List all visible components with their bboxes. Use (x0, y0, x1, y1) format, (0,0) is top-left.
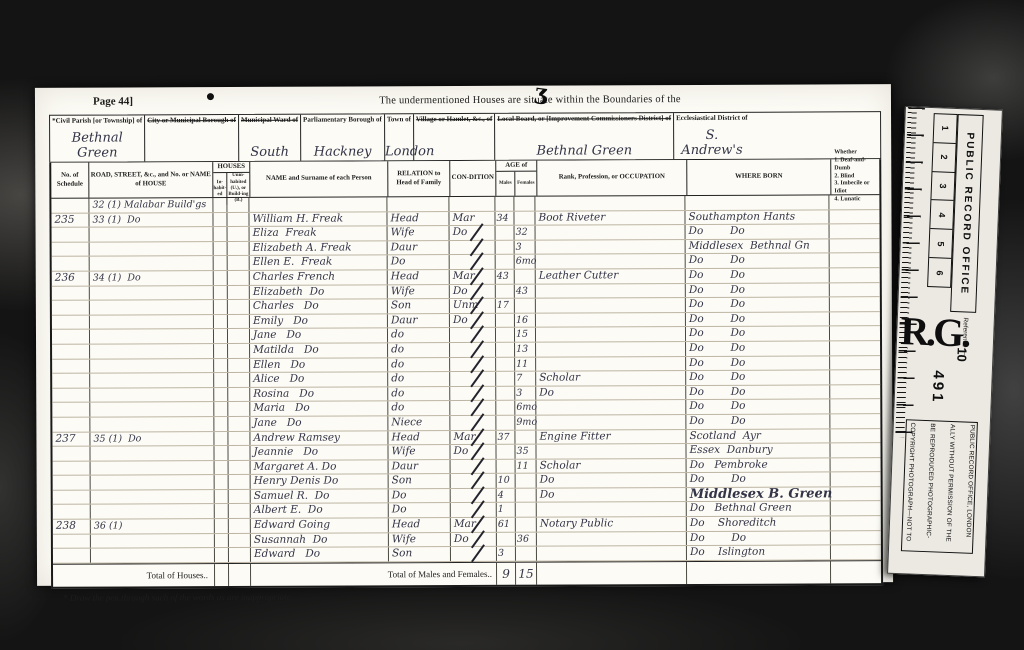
schedule-number (53, 505, 91, 519)
condition-cell: Do (451, 533, 497, 547)
age-female-cell (516, 474, 537, 488)
uninhabited-cell (228, 431, 250, 445)
address-cell (90, 446, 214, 460)
uninhabited-cell (229, 490, 251, 504)
person-name: Samuel R. Do (251, 489, 389, 503)
address-cell (90, 344, 214, 358)
schedule-number (52, 403, 90, 417)
address-cell (90, 286, 214, 300)
age-male-cell: 17 (496, 299, 515, 313)
condition-cell (450, 416, 496, 430)
where-born-cell: Do Pembroke (687, 458, 831, 472)
district-field-label: Municipal Ward of (241, 116, 298, 125)
ruler-number-cell: 6 (928, 258, 951, 287)
occupation-cell: Scholar (537, 459, 687, 473)
age-male-cell (496, 314, 515, 328)
infirmity-cell (830, 414, 880, 428)
inhabited-cell (214, 329, 228, 343)
inhabited-cell (214, 373, 228, 387)
where-born-cell: Do Shoreditch (687, 516, 831, 530)
address-cell (90, 256, 214, 270)
where-born-cell: Do Do (686, 385, 830, 399)
where-born-cell: Do Do (686, 341, 830, 355)
district-field: Village or Hamlet, &c., of (414, 114, 496, 160)
age-female-cell: 36 (516, 532, 537, 546)
condition-cell: Do (450, 226, 496, 240)
uninhabited-cell (228, 242, 250, 256)
infirmity-cell (830, 312, 880, 326)
condition-cell (450, 241, 496, 255)
address-cell (91, 475, 215, 489)
relation-cell: do (388, 401, 450, 415)
infirmity-line: 1. Deaf-and-Dumb (834, 157, 878, 173)
person-name: Albert E. Do (251, 504, 389, 518)
relation-cell: Head (388, 431, 450, 445)
inhabited-cell (214, 300, 228, 314)
occupation-cell (537, 502, 687, 516)
condition-cell (450, 255, 496, 269)
uninhabited-cell (228, 388, 250, 402)
record-series-number: 10 (954, 347, 970, 362)
age-male-cell (496, 445, 515, 459)
col-header-houses: HOUSES In-habit-ed Unin-habited (U.), or… (213, 162, 250, 197)
uninhabited-cell (227, 198, 249, 212)
inhabited-cell (215, 548, 229, 562)
uninhabited-cell (228, 256, 250, 270)
ruler-number: 2 (939, 155, 949, 160)
col-header-relation: RELATION to Head of Family (388, 161, 450, 196)
age-female-cell (516, 518, 537, 532)
address-cell (90, 329, 214, 343)
houses-group-label: HOUSES (213, 162, 249, 174)
address-cell (90, 373, 214, 387)
person-name: Jeannie Do (250, 445, 388, 459)
infirmity-cell (829, 210, 879, 224)
uninhabited-cell (228, 315, 250, 329)
inhabited-cell (214, 315, 228, 329)
person-name: Charles Do (250, 299, 388, 313)
relation-cell: Wife (388, 285, 450, 299)
occupation-cell (536, 298, 686, 312)
uninhabited-cell (228, 417, 250, 431)
occupation-cell: Do (537, 473, 687, 487)
person-name: Matilda Do (250, 343, 388, 357)
where-born-cell: Do Do (686, 268, 830, 282)
infirmity-cell (830, 443, 880, 457)
person-name: Rosina Do (250, 387, 388, 401)
person-name: Jane Do (250, 416, 388, 430)
address-cell: 36 (1) (91, 519, 215, 533)
occupation-cell (536, 415, 686, 429)
where-born-cell: Do Do (686, 356, 830, 370)
occupation-cell: Do (537, 488, 687, 502)
where-born-cell: Do Do (686, 400, 830, 414)
age-male-cell (496, 255, 515, 269)
age-female-cell: 11 (515, 357, 536, 371)
total-houses-label: Total of Houses.. (53, 564, 215, 587)
district-field: Local Board, or [Improvement Commissione… (495, 113, 674, 160)
schedule-number (52, 315, 90, 329)
condition-cell (450, 343, 496, 357)
col-header-condition: CON-DITION (450, 161, 496, 196)
age-female-cell (515, 299, 536, 313)
district-field: Town of London (385, 114, 414, 160)
uninhabited-cell (228, 358, 250, 372)
age-female-cell: 35 (515, 445, 536, 459)
ruler-number-cell: 2 (932, 143, 955, 173)
district-field: *Civil Parish [or Township] of Bethnal G… (50, 115, 145, 161)
age-male-cell (496, 328, 515, 342)
age-female-cell: 43 (515, 284, 536, 298)
district-field-label: Local Board, or [Improvement Commissione… (497, 114, 671, 123)
district-header-fields: *Civil Parish [or Township] of Bethnal G… (49, 111, 881, 163)
infirmity-cell (830, 399, 880, 413)
condition-cell (451, 460, 497, 474)
occupation-cell (536, 240, 686, 254)
condition-cell: Do (450, 284, 496, 298)
schedule-number (53, 461, 91, 475)
district-field-value: Hackney (301, 144, 384, 159)
scanned-census-photograph: ʒ Page 44] The undermentioned Houses are… (0, 0, 1024, 650)
district-field-value: South (239, 145, 300, 160)
inhabited-cell (214, 271, 228, 285)
district-field: Municipal Ward of South (239, 115, 301, 161)
ruler-number: 4 (937, 212, 947, 217)
age-female-cell (515, 270, 536, 284)
ruler-number-cell: 1 (934, 114, 957, 144)
age-male-cell (496, 386, 515, 400)
occupation-cell (536, 444, 686, 458)
where-born-cell: Do Do (686, 327, 830, 341)
age-male-cell (496, 343, 515, 357)
age-male-cell (497, 459, 516, 473)
person-name (249, 197, 387, 211)
age-male-cell (496, 226, 515, 240)
infirmity-cell (831, 458, 881, 472)
person-name: Ellen Do (250, 358, 388, 372)
where-born-cell: Middlesex B. Green (687, 487, 831, 501)
relation-cell: do (388, 328, 450, 342)
condition-cell: Unm (450, 299, 496, 313)
relation-cell: Daur (389, 460, 451, 474)
ruler-number-cell: 4 (930, 201, 953, 231)
inhabited-cell (214, 359, 228, 373)
relation-cell: Daur (388, 241, 450, 255)
inhabited-cell (215, 519, 229, 533)
ruler-number: 5 (936, 241, 946, 246)
age-male-cell: 61 (497, 518, 516, 532)
age-male-cell: 34 (495, 211, 514, 225)
inhabited-cell (213, 213, 227, 227)
condition-cell: Mar (449, 211, 495, 225)
address-cell (91, 534, 215, 548)
relation-cell: do (388, 343, 450, 357)
person-name: Maria Do (250, 402, 388, 416)
where-born-cell: Do Do (686, 298, 830, 312)
age-male-cell (497, 532, 516, 546)
col-header-road: ROAD, STREET, &c., and No. or NAME of HO… (89, 162, 213, 198)
district-field-value: Bethnal Green (495, 143, 673, 159)
address-cell (90, 359, 214, 373)
relation-cell: Son (389, 474, 451, 488)
infirmity-cell (831, 487, 881, 501)
address-cell: 32 (1) Malabar Build'gs (89, 198, 213, 212)
uninhabited-cell (228, 300, 250, 314)
pro-office-text: PUBLIC RECORD OFFICE (958, 132, 975, 295)
age-male-cell (496, 357, 515, 371)
age-male-cell (496, 241, 515, 255)
relation-cell: Daur (388, 314, 450, 328)
age-female-cell (515, 430, 536, 444)
occupation-cell (536, 400, 686, 414)
inhabited-cell (214, 402, 228, 416)
person-name: Jane Do (250, 329, 388, 343)
schedule-number (53, 549, 91, 563)
person-name: Emily Do (250, 314, 388, 328)
district-field-label: Village or Hamlet, &c., of (416, 115, 492, 124)
totals-row: Total of Houses.. Total of Males and Fem… (53, 560, 881, 587)
uninhabited-cell (229, 548, 251, 562)
occupation-cell (536, 327, 686, 341)
infirmity-cell (831, 472, 881, 486)
infirmity-cell (830, 283, 880, 297)
age-male-cell: 37 (496, 430, 515, 444)
address-cell (91, 490, 215, 504)
condition-cell (451, 547, 497, 561)
age-female-cell (514, 211, 535, 225)
relation-cell: Wife (389, 533, 451, 547)
form-footnote: * Draw the pen through such of the words… (51, 589, 883, 603)
address-cell (90, 417, 214, 431)
age-male-cell (496, 372, 515, 386)
total-females-value: 15 (516, 563, 537, 585)
district-field: Ecclesiastical District of S. Andrew's (674, 113, 750, 159)
age-female-cell: 9mo (515, 416, 536, 430)
relation-cell: do (388, 387, 450, 401)
inhabited-cell (213, 198, 227, 212)
ruler-number: 1 (940, 126, 950, 131)
where-born-cell: Do Do (687, 473, 831, 487)
schedule-number (52, 242, 90, 256)
infirmity-cell (830, 224, 880, 238)
uninhabited-cell (229, 475, 251, 489)
schedule-number (53, 476, 91, 490)
person-name: Eliza Freak (250, 227, 388, 241)
district-field-label: City or Municipal Borough of (147, 116, 236, 125)
ruler-number: 3 (938, 183, 948, 188)
condition-cell (450, 357, 496, 371)
condition-cell (451, 503, 497, 517)
condition-cell (450, 401, 496, 415)
pro-ruler-strip: 123456 PUBLIC RECORD OFFICE Reference — … (887, 106, 1003, 577)
age-female-cell: 16 (515, 313, 536, 327)
district-field-label: Ecclesiastical District of (676, 114, 748, 123)
uninhabited-cell (229, 461, 251, 475)
address-cell (91, 505, 215, 519)
relation-cell: Son (389, 547, 451, 561)
census-form-sheet: ʒ Page 44] The undermentioned Houses are… (35, 84, 893, 586)
occupation-cell: Leather Cutter (536, 269, 686, 283)
uninhabited-cell (228, 344, 250, 358)
uninhabited-cell (227, 213, 249, 227)
where-born-cell: Do Do (686, 254, 830, 268)
district-field-label: *Civil Parish [or Township] of (52, 116, 142, 125)
uninhabited-cell (229, 534, 251, 548)
schedule-number (52, 388, 90, 402)
schedule-number (52, 447, 90, 461)
condition-cell (450, 372, 496, 386)
condition-cell (450, 328, 496, 342)
schedule-number: 238 (53, 520, 91, 534)
occupation-cell: Do (536, 386, 686, 400)
relation-cell: Do (389, 504, 451, 518)
district-field-value: London (385, 144, 413, 159)
uninhabited-cell (228, 402, 250, 416)
person-name: Charles French (250, 270, 388, 284)
where-born-cell: Do Do (687, 531, 831, 545)
age-female-cell: 3 (515, 240, 536, 254)
infirmity-cell (830, 341, 880, 355)
address-cell (90, 315, 214, 329)
address-cell: 34 (1) Do (90, 271, 214, 285)
total-inhabited-cell (215, 564, 229, 586)
page-number: Page 44] (49, 95, 179, 108)
infirmity-line: 3. Imbecile or Idiot (834, 181, 878, 197)
age-male-cell (496, 284, 515, 298)
schedule-number (52, 330, 90, 344)
table-header-row: No. of Schedule ROAD, STREET, &c., and N… (51, 159, 879, 199)
where-born-cell: Do Do (686, 225, 830, 239)
age-female-cell: 32 (515, 226, 536, 240)
person-name: Ellen E. Freak (250, 256, 388, 270)
record-piece-number: 491 (929, 370, 947, 405)
condition-cell: Do (450, 445, 496, 459)
infirmity-cell (831, 516, 881, 530)
ruler-ticks (895, 107, 932, 438)
relation-cell: Wife (388, 445, 450, 459)
ruler-number: 6 (935, 270, 945, 275)
col-header-males: Males (496, 172, 515, 196)
uninhabited-cell (228, 446, 250, 460)
schedule-number (51, 199, 89, 213)
infirmity-cell (831, 545, 881, 559)
inhabited-cell (214, 432, 228, 446)
col-header-age: AGE of Males Females (496, 161, 537, 196)
relation-cell: Niece (388, 416, 450, 430)
uninhabited-cell (229, 504, 251, 518)
ink-blot-icon (207, 93, 214, 100)
total-occupation-cell (537, 562, 687, 585)
district-field-label: Town of (387, 115, 411, 123)
schedule-number (53, 534, 91, 548)
occupation-cell (537, 546, 687, 560)
age-female-cell (516, 489, 537, 503)
uninhabited-cell (229, 519, 251, 533)
relation-cell (387, 197, 449, 211)
infirmity-cell (830, 239, 880, 253)
relation-cell: Wife (388, 226, 450, 240)
col-header-schedule: No. of Schedule (51, 163, 89, 198)
inhabited-cell (214, 227, 228, 241)
infirmity-cell (830, 327, 880, 341)
condition-cell: Do (450, 314, 496, 328)
age-male-cell: 4 (497, 489, 516, 503)
where-born-cell: Do Do (686, 283, 830, 297)
relation-cell: Do (389, 489, 451, 503)
age-female-cell: 11 (516, 459, 537, 473)
age-group-label: AGE of (496, 161, 536, 173)
infirmity-cell (830, 370, 880, 384)
age-male-cell: 3 (497, 547, 516, 561)
total-uninhabited-cell (229, 564, 251, 586)
uninhabited-cell (228, 373, 250, 387)
inhabited-cell (214, 446, 228, 460)
person-name: William H. Freak (249, 212, 387, 226)
col-header-where-born: WHERE BORN (687, 159, 831, 195)
inhabited-cell (215, 490, 229, 504)
infirmity-line: 2. Blind (834, 173, 854, 181)
occupation-cell: Engine Fitter (536, 430, 686, 444)
form-top-line: Page 44] The undermentioned Houses are s… (49, 92, 881, 113)
where-born-cell: Do Islington (687, 546, 831, 560)
col-header-infirmity: Whether 1. Deaf-and-Dumb 2. Blind 3. Imb… (831, 159, 879, 194)
infirmity-cell (831, 502, 881, 516)
condition-cell (449, 197, 495, 211)
infirmity-cell (830, 254, 880, 268)
where-born-cell: Do Do (686, 371, 830, 385)
person-name: Alice Do (250, 372, 388, 386)
copyright-line: COPYRIGHT PHOTOGRAPH—NOT TO (904, 422, 915, 548)
inhabited-cell (214, 344, 228, 358)
schedule-number (52, 301, 90, 315)
infirmity-line: Whether (834, 150, 857, 158)
age-female-cell: 6mo (515, 401, 536, 415)
inhabited-cell (214, 242, 228, 256)
relation-cell: Son (388, 299, 450, 313)
schedule-number (52, 374, 90, 388)
relation-cell: Head (388, 270, 450, 284)
relation-cell: do (388, 372, 450, 386)
age-male-cell (495, 197, 514, 211)
relation-cell: do (388, 358, 450, 372)
schedule-number (52, 228, 90, 242)
inhabited-cell (214, 417, 228, 431)
inhabited-cell (214, 388, 228, 402)
address-cell (90, 300, 214, 314)
where-born-cell: Essex Danbury (686, 443, 830, 457)
condition-cell: Mar (450, 270, 496, 284)
col-header-occupation: Rank, Profession, or OCCUPATION (537, 160, 687, 196)
district-field-value: Bethnal Green (50, 130, 144, 160)
occupation-cell (536, 342, 686, 356)
occupation-cell (536, 313, 686, 327)
district-field-label: Parliamentary Borough of (303, 115, 382, 124)
district-field: City or Municipal Borough of (145, 115, 239, 161)
uninhabited-cell (228, 271, 250, 285)
age-male-cell: 10 (497, 474, 516, 488)
age-female-cell: 3 (515, 386, 536, 400)
occupation-cell: Boot Riveter (535, 211, 685, 225)
copyright-line: PUBLIC RECORD OFFICE, LONDON (964, 425, 975, 551)
occupation-cell (535, 196, 685, 210)
age-female-cell: 7 (515, 372, 536, 386)
occupation-cell (536, 225, 686, 239)
schedule-number (52, 286, 90, 300)
schedule-number (52, 257, 90, 271)
col-header-name: NAME and Surname of each Person (250, 161, 388, 197)
infirmity-cell (829, 195, 879, 209)
age-female-cell (516, 503, 537, 517)
